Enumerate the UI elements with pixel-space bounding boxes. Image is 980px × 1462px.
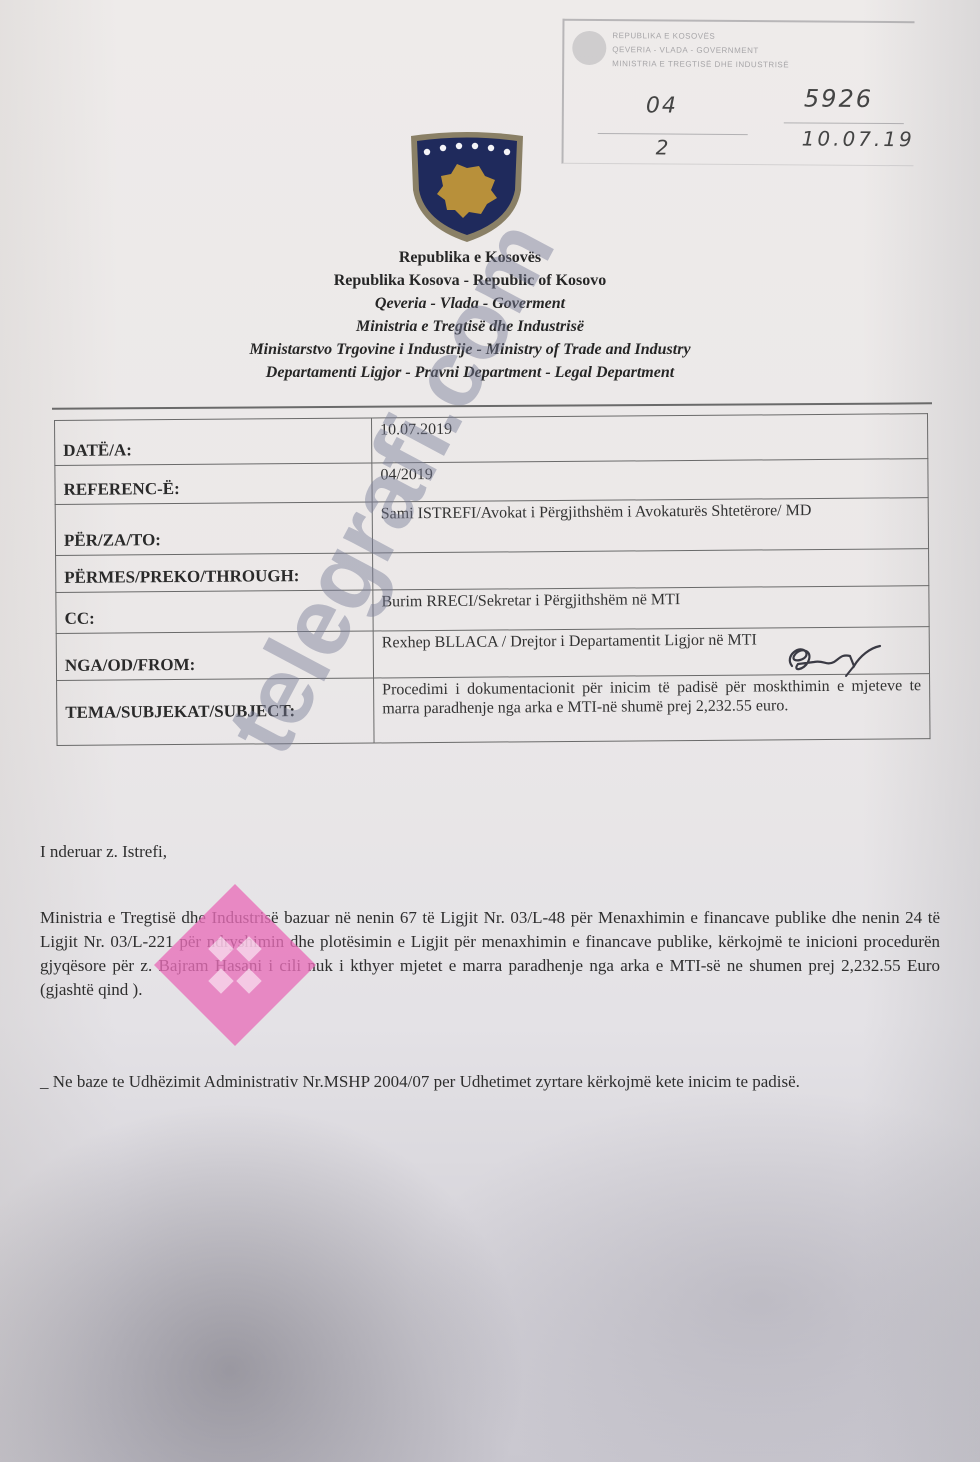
registry-stamp: REPUBLIKA E KOSOVËS QEVERIA - VLADA - GO… bbox=[561, 19, 914, 166]
field-value-through bbox=[373, 549, 929, 590]
stamp-date: 10.07.19 bbox=[802, 126, 915, 151]
stamp-header-line: QEVERIA - VLADA - GOVERNMENT bbox=[612, 45, 759, 55]
table-row: CC: Burim RRECI/Sekretar i Përgjithshëm … bbox=[56, 586, 929, 634]
table-row: PËR/ZA/TO: Sami ISTREFI/Avokat i Përgjit… bbox=[55, 498, 928, 556]
stamp-header-line: REPUBLIKA E KOSOVËS bbox=[612, 31, 715, 41]
stamp-protocol-number: 5926 bbox=[804, 84, 873, 112]
salutation: I nderuar z. Istrefi, bbox=[40, 842, 167, 862]
stamp-number: 04 bbox=[646, 93, 678, 118]
table-row: REFERENC-Ë: 04/2019 bbox=[55, 459, 928, 505]
field-value-to: Sami ISTREFI/Avokat i Përgjithshëm i Avo… bbox=[372, 498, 928, 553]
telegrafi-logo-watermark-icon bbox=[150, 880, 320, 1050]
stamp-header-line: MINISTRIA E TREGTISË DHE INDUSTRISË bbox=[612, 59, 789, 69]
table-row: TEMA/SUBJEKAT/SUBJECT: Procedimi i dokum… bbox=[57, 674, 930, 746]
field-value-subject: Procedimi i dokumentacionit për inicim t… bbox=[374, 674, 930, 743]
field-value-cc: Burim RRECI/Sekretar i Përgjithshëm në M… bbox=[373, 586, 929, 631]
body-paragraph: _ Ne baze te Udhëzimit Administrativ Nr.… bbox=[40, 1070, 940, 1094]
stamp-seal-icon bbox=[572, 31, 606, 65]
stamp-attachments: 2 bbox=[656, 135, 671, 159]
field-label-date: DATË/A: bbox=[55, 418, 372, 465]
signature-icon bbox=[780, 636, 890, 678]
memo-info-table: DATË/A: 10.07.2019 REFERENC-Ë: 04/2019 P… bbox=[54, 413, 931, 746]
table-row: DATË/A: 10.07.2019 bbox=[55, 414, 928, 466]
